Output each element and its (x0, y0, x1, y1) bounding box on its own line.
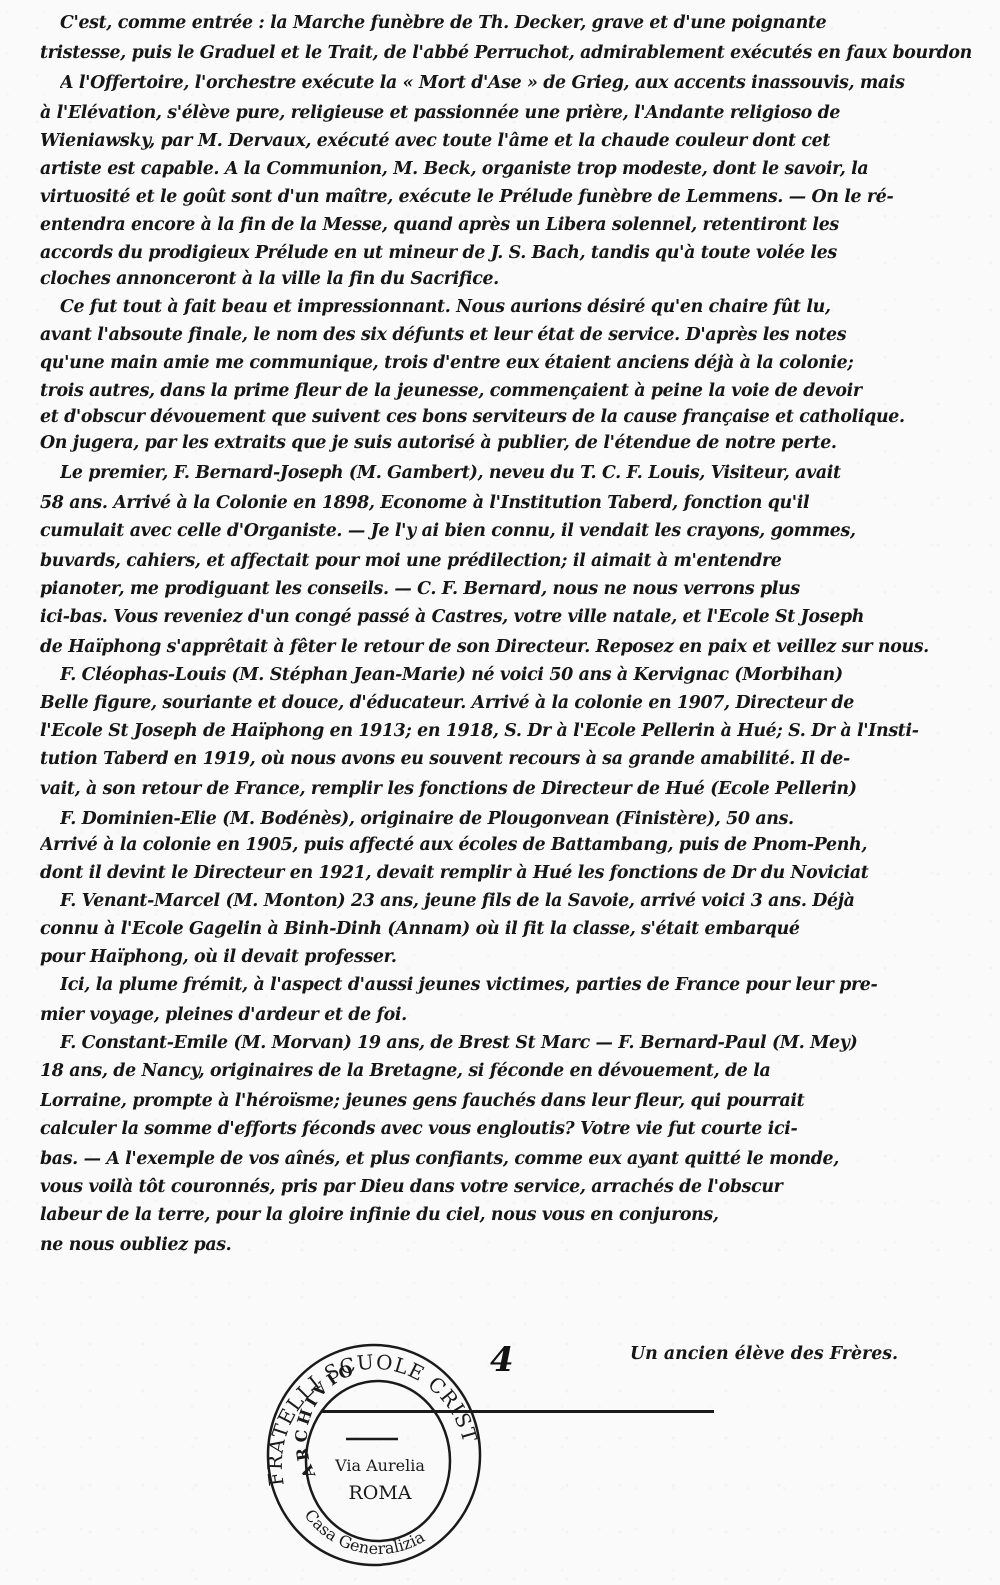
signature: Un ancien élève des Frères. (630, 1344, 898, 1364)
text-line: Ici, la plume frémit, à l'aspect d'aussi… (60, 972, 972, 998)
text-line: de Haïphong s'apprêtait à fêter le retou… (40, 634, 972, 660)
text-line: et d'obscur dévouement que suivent ces b… (40, 404, 972, 430)
text-line: 18 ans, de Nancy, originaires de la Bret… (40, 1058, 972, 1084)
text-line: tution Taberd en 1919, où nous avons eu … (40, 746, 972, 772)
text-line: trois autres, dans la prime fleur de la … (40, 378, 972, 404)
text-line: pianoter, me prodiguant les conseils. — … (40, 576, 972, 602)
text-line: Lorraine, prompte à l'héroïsme; jeunes g… (40, 1088, 972, 1114)
text-line: A l'Offertoire, l'orchestre exécute la «… (60, 70, 972, 96)
text-line: accords du prodigieux Prélude en ut mine… (40, 240, 972, 266)
stamp-center-line2: ROMA (348, 1482, 411, 1504)
text-line: l'Ecole St Joseph de Haïphong en 1913; e… (40, 718, 972, 744)
text-line: F. Dominien-Elie (M. Bodénès), originair… (60, 806, 972, 832)
document-page: C'est, comme entrée : la Marche funèbre … (0, 0, 1000, 1585)
text-line: Arrivé à la colonie en 1905, puis affect… (40, 832, 972, 858)
text-line: C'est, comme entrée : la Marche funèbre … (60, 10, 972, 36)
text-line: labeur de la terre, pour la gloire infin… (40, 1202, 972, 1228)
archive-stamp: FRATELLI SCUOLE CRISTIANE Casa Generaliz… (254, 1335, 494, 1571)
text-line: mier voyage, pleines d'ardeur et de foi. (40, 1002, 972, 1028)
text-line: artiste est capable. A la Communion, M. … (40, 156, 972, 182)
text-line: calculer la somme d'efforts féconds avec… (40, 1116, 972, 1142)
stamp-seal-icon: FRATELLI SCUOLE CRISTIANE Casa Generaliz… (254, 1335, 494, 1571)
text-line: à l'Elévation, s'élève pure, religieuse … (40, 100, 972, 126)
text-line: F. Constant-Emile (M. Morvan) 19 ans, de… (60, 1030, 972, 1056)
text-line: entendra encore à la fin de la Messe, qu… (40, 212, 972, 238)
text-line: ne nous oubliez pas. (40, 1232, 972, 1258)
text-line: On jugera, par les extraits que je suis … (40, 430, 972, 456)
stamp-center-line1: Via Aurelia (334, 1456, 425, 1475)
text-line: virtuosité et le goût sont d'un maître, … (40, 184, 972, 210)
text-line: cumulait avec celle d'Organiste. — Je l'… (40, 518, 972, 544)
text-line: F. Venant-Marcel (M. Monton) 23 ans, jeu… (60, 888, 972, 914)
text-line: connu à l'Ecole Gagelin à Binh-Dinh (Ann… (40, 916, 972, 942)
text-line: vous voilà tôt couronnés, pris par Dieu … (40, 1174, 972, 1200)
text-line: qu'une main amie me communique, trois d'… (40, 350, 972, 376)
text-line: cloches annonceront à la ville la fin du… (40, 266, 972, 292)
text-line: 58 ans. Arrivé à la Colonie en 1898, Eco… (40, 490, 972, 516)
text-line: dont il devint le Directeur en 1921, dev… (40, 860, 972, 886)
text-line: Le premier, F. Bernard-Joseph (M. Gamber… (60, 460, 972, 486)
text-line: Belle figure, souriante et douce, d'éduc… (40, 690, 972, 716)
text-line: avant l'absoute finale, le nom des six d… (40, 322, 972, 348)
text-line: ici-bas. Vous reveniez d'un congé passé … (40, 604, 972, 630)
text-line: bas. — A l'exemple de vos aînés, et plus… (40, 1146, 972, 1172)
text-line: buvards, cahiers, et affectait pour moi … (40, 548, 972, 574)
text-line: pour Haïphong, où il devait professer. (40, 944, 972, 970)
text-line: tristesse, puis le Graduel et le Trait, … (40, 40, 972, 66)
text-line: Ce fut tout à fait beau et impressionnan… (60, 294, 972, 320)
text-line: F. Cléophas-Louis (M. Stéphan Jean-Marie… (60, 662, 972, 688)
text-line: vait, à son retour de France, remplir le… (40, 776, 972, 802)
text-line: Wieniawsky, par M. Dervaux, exécuté avec… (40, 128, 972, 154)
